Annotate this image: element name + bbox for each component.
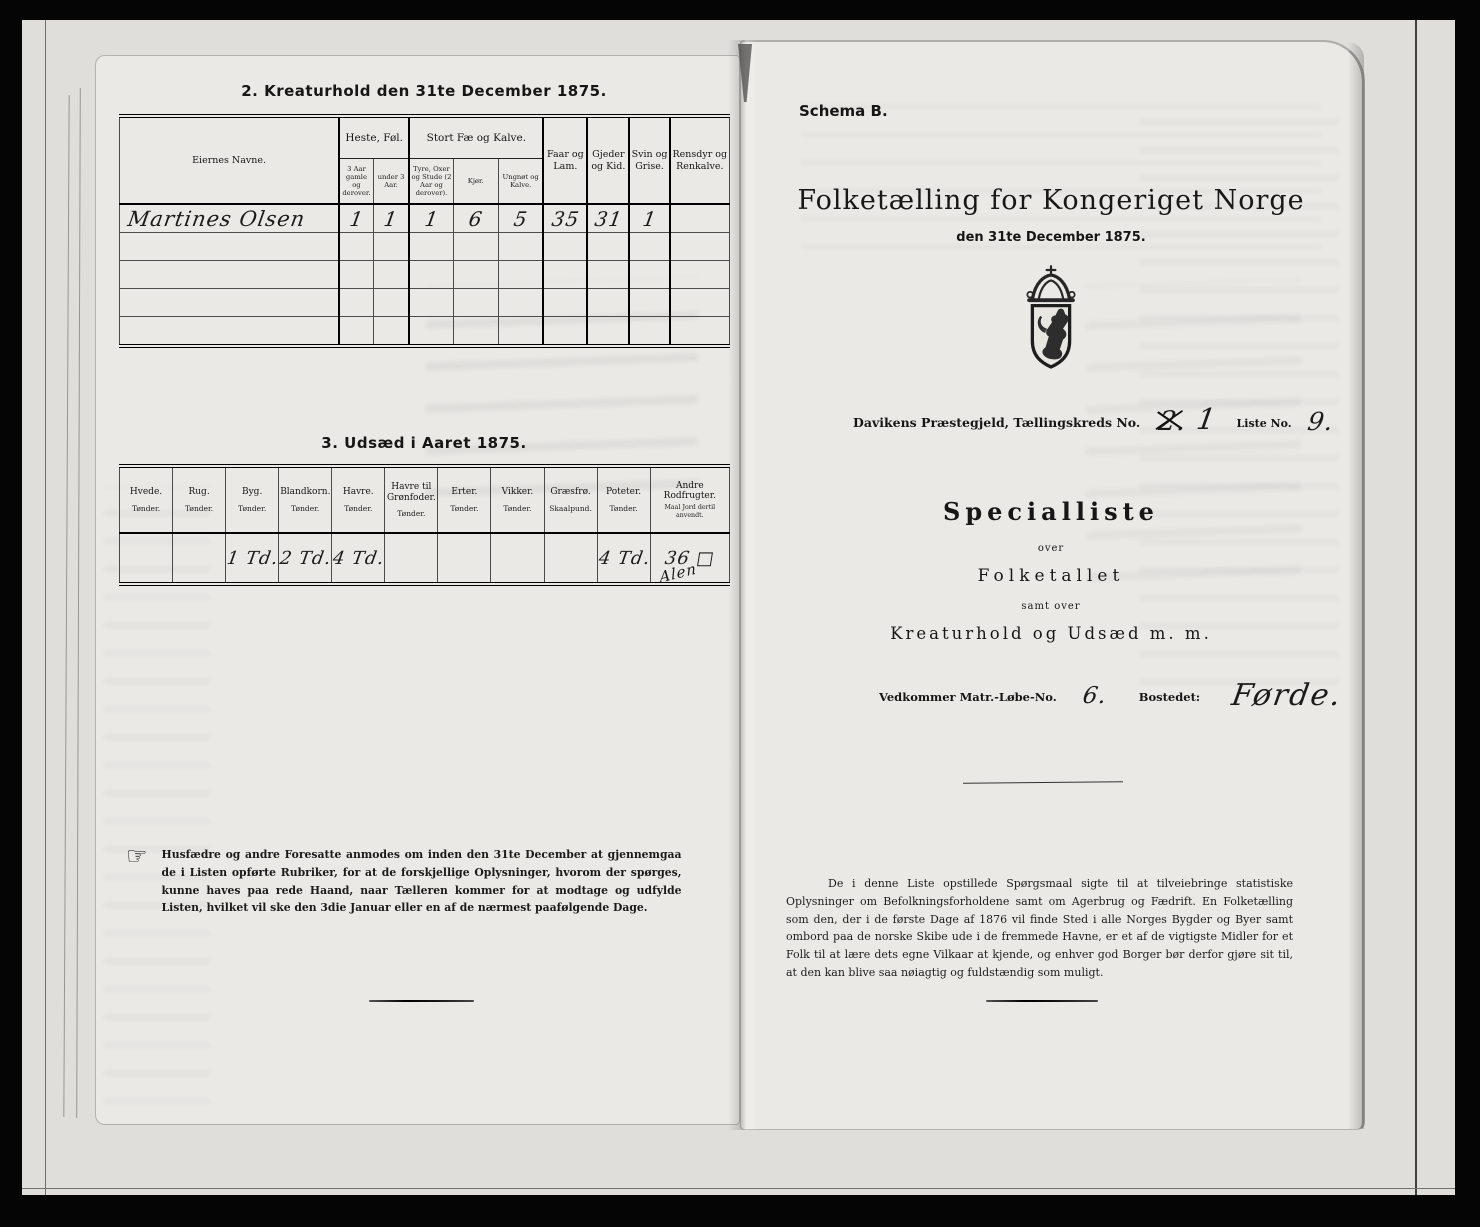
cell-value: 4 Td. xyxy=(332,548,387,569)
col-header-sheep: Faar og Lam. xyxy=(543,116,587,204)
cell-value: 1 xyxy=(348,207,366,231)
cell-value: 35 xyxy=(550,207,581,231)
crops-table: Hvede.Tønder. Rug.Tønder. Byg.Tønder. Bl… xyxy=(119,464,730,586)
bosted-value-handwritten: Førde. xyxy=(1229,678,1345,713)
separator-rule xyxy=(963,781,1123,783)
mat-edge-line-left xyxy=(45,20,46,1195)
heading-folketallet: Folketallet xyxy=(741,566,1361,586)
col-header-grass-seed: Græsfrø.Skaalpund. xyxy=(544,466,597,533)
col-header-barley: Byg.Tønder. xyxy=(226,466,279,533)
matr-line: Vedkommer Matr.-Løbe-No. 6. Bostedet: Fø… xyxy=(879,674,1342,709)
col-group-cattle: Stort Fæ og Kalve. xyxy=(409,116,543,159)
table-row-empty xyxy=(120,233,730,261)
table-row: 1 Td. 2 Td. 4 Td. 4 Td. 36 □ Alen xyxy=(120,533,730,584)
crossed-out-number: 2. xyxy=(1156,406,1189,437)
livestock-table: Eiernes Navne. Heste, Føl. Stort Fæ og K… xyxy=(119,114,730,348)
cell-value: 1 xyxy=(641,207,659,231)
col-header-oats: Havre.Tønder. xyxy=(332,466,385,533)
col-header-potatoes: Poteter.Tønder. xyxy=(597,466,650,533)
col-group-horses: Heste, Føl. xyxy=(339,116,409,159)
special-list-heading: Specialliste over Folketallet samt over … xyxy=(741,497,1361,643)
tellingskreds-number-handwritten: 1 xyxy=(1194,402,1219,436)
col-header-reindeer: Rensdyr og Renkalve. xyxy=(670,116,730,204)
col-header-wheat: Hvede.Tønder. xyxy=(120,466,173,533)
heading-samt-over: samt over xyxy=(741,601,1361,612)
livestock-table-title: 2. Kreaturhold den 31te December 1875. xyxy=(119,82,729,100)
separator-rule xyxy=(369,1000,474,1002)
owner-name-handwritten: Martines Olsen xyxy=(126,207,307,231)
cell-value: 31 xyxy=(593,207,624,231)
footnote: ☞ Husfædre og andre Foresatte anmodes om… xyxy=(126,846,718,917)
col-header-pigs: Svin og Grise. xyxy=(629,116,669,204)
census-title: Folketælling for Kongeriget Norge xyxy=(741,185,1361,216)
footnote-text: Husfædre og andre Foresatte anmodes om i… xyxy=(162,846,682,917)
table-row-empty xyxy=(120,261,730,289)
table-row: Martines Olsen 1 1 1 6 5 35 31 1 xyxy=(120,204,730,233)
heading-over: over xyxy=(741,543,1361,554)
subcol-horses-younger: under 3 Aar. xyxy=(373,159,409,205)
census-date: den 31te December 1875. xyxy=(741,230,1361,245)
col-header-oats-fodder: Havre til Grønfoder.Tønder. xyxy=(385,466,438,533)
col-header-rye: Rug.Tønder. xyxy=(173,466,226,533)
book-seam xyxy=(728,40,758,1130)
mat-edge-line-bottom xyxy=(22,1188,1455,1189)
subcol-cows: Kjør. xyxy=(453,159,498,205)
cell-value: 4 Td. xyxy=(597,548,652,569)
subcol-bulls-oxen: Tyre, Oxer og Stude (2 Aar og derover). xyxy=(409,159,453,205)
coat-of-arms-icon xyxy=(1018,264,1084,394)
crops-table-title: 3. Udsæd i Aaret 1875. xyxy=(119,434,729,452)
cell-value: 6 xyxy=(467,207,485,231)
heading-specialliste: Specialliste xyxy=(741,497,1361,526)
subcol-horses-older: 3 Aar gamle og derover. xyxy=(339,159,373,205)
table-row-empty xyxy=(120,289,730,317)
pointing-hand-icon: ☞ xyxy=(126,846,148,866)
col-header-vetches: Vikker.Tønder. xyxy=(491,466,544,533)
col-header-root-crops: Andre Rodfrugter.Maal Jord dertil anvend… xyxy=(650,466,729,533)
right-page: Schema B. Folketælling for Kongeriget No… xyxy=(740,40,1365,1130)
liste-label: Liste No. xyxy=(1237,417,1292,430)
census-document-scan: 2. Kreaturhold den 31te December 1875. E… xyxy=(0,0,1480,1227)
col-header-goats: Gjeder og Kid. xyxy=(587,116,629,204)
cell-value: 1 xyxy=(382,207,400,231)
info-paragraph: De i denne Liste opstillede Spørgsmaal s… xyxy=(786,875,1293,982)
matr-number-handwritten: 6. xyxy=(1081,683,1109,709)
col-header-peas: Erter.Tønder. xyxy=(438,466,491,533)
matr-label: Vedkommer Matr.-Løbe-No. xyxy=(879,690,1057,704)
district-line: Davikens Præstegjeld, Tællingskreds No. … xyxy=(853,400,1333,434)
bosted-label: Bostedet: xyxy=(1139,690,1200,704)
col-header-owner: Eiernes Navne. xyxy=(120,116,340,204)
schema-label: Schema B. xyxy=(799,102,888,120)
subcol-calves: Ungnøt og Kalve. xyxy=(498,159,543,205)
col-header-mixed-grain: Blandkorn.Tønder. xyxy=(279,466,332,533)
district-printed-text: Davikens Præstegjeld, Tællingskreds No. xyxy=(853,415,1140,430)
cell-value: 1 xyxy=(423,207,441,231)
table-row-empty xyxy=(120,317,730,347)
separator-rule xyxy=(986,1000,1098,1002)
cell-value: 1 Td. xyxy=(225,548,280,569)
left-page: 2. Kreaturhold den 31te December 1875. E… xyxy=(95,55,740,1125)
heading-kreaturhold: Kreaturhold og Udsæd m. m. xyxy=(741,624,1361,643)
mat-edge-line-right xyxy=(1415,20,1417,1195)
liste-number-handwritten: 9. xyxy=(1306,407,1336,436)
cell-value: 2 Td. xyxy=(279,548,334,569)
cell-value: 5 xyxy=(512,207,530,231)
